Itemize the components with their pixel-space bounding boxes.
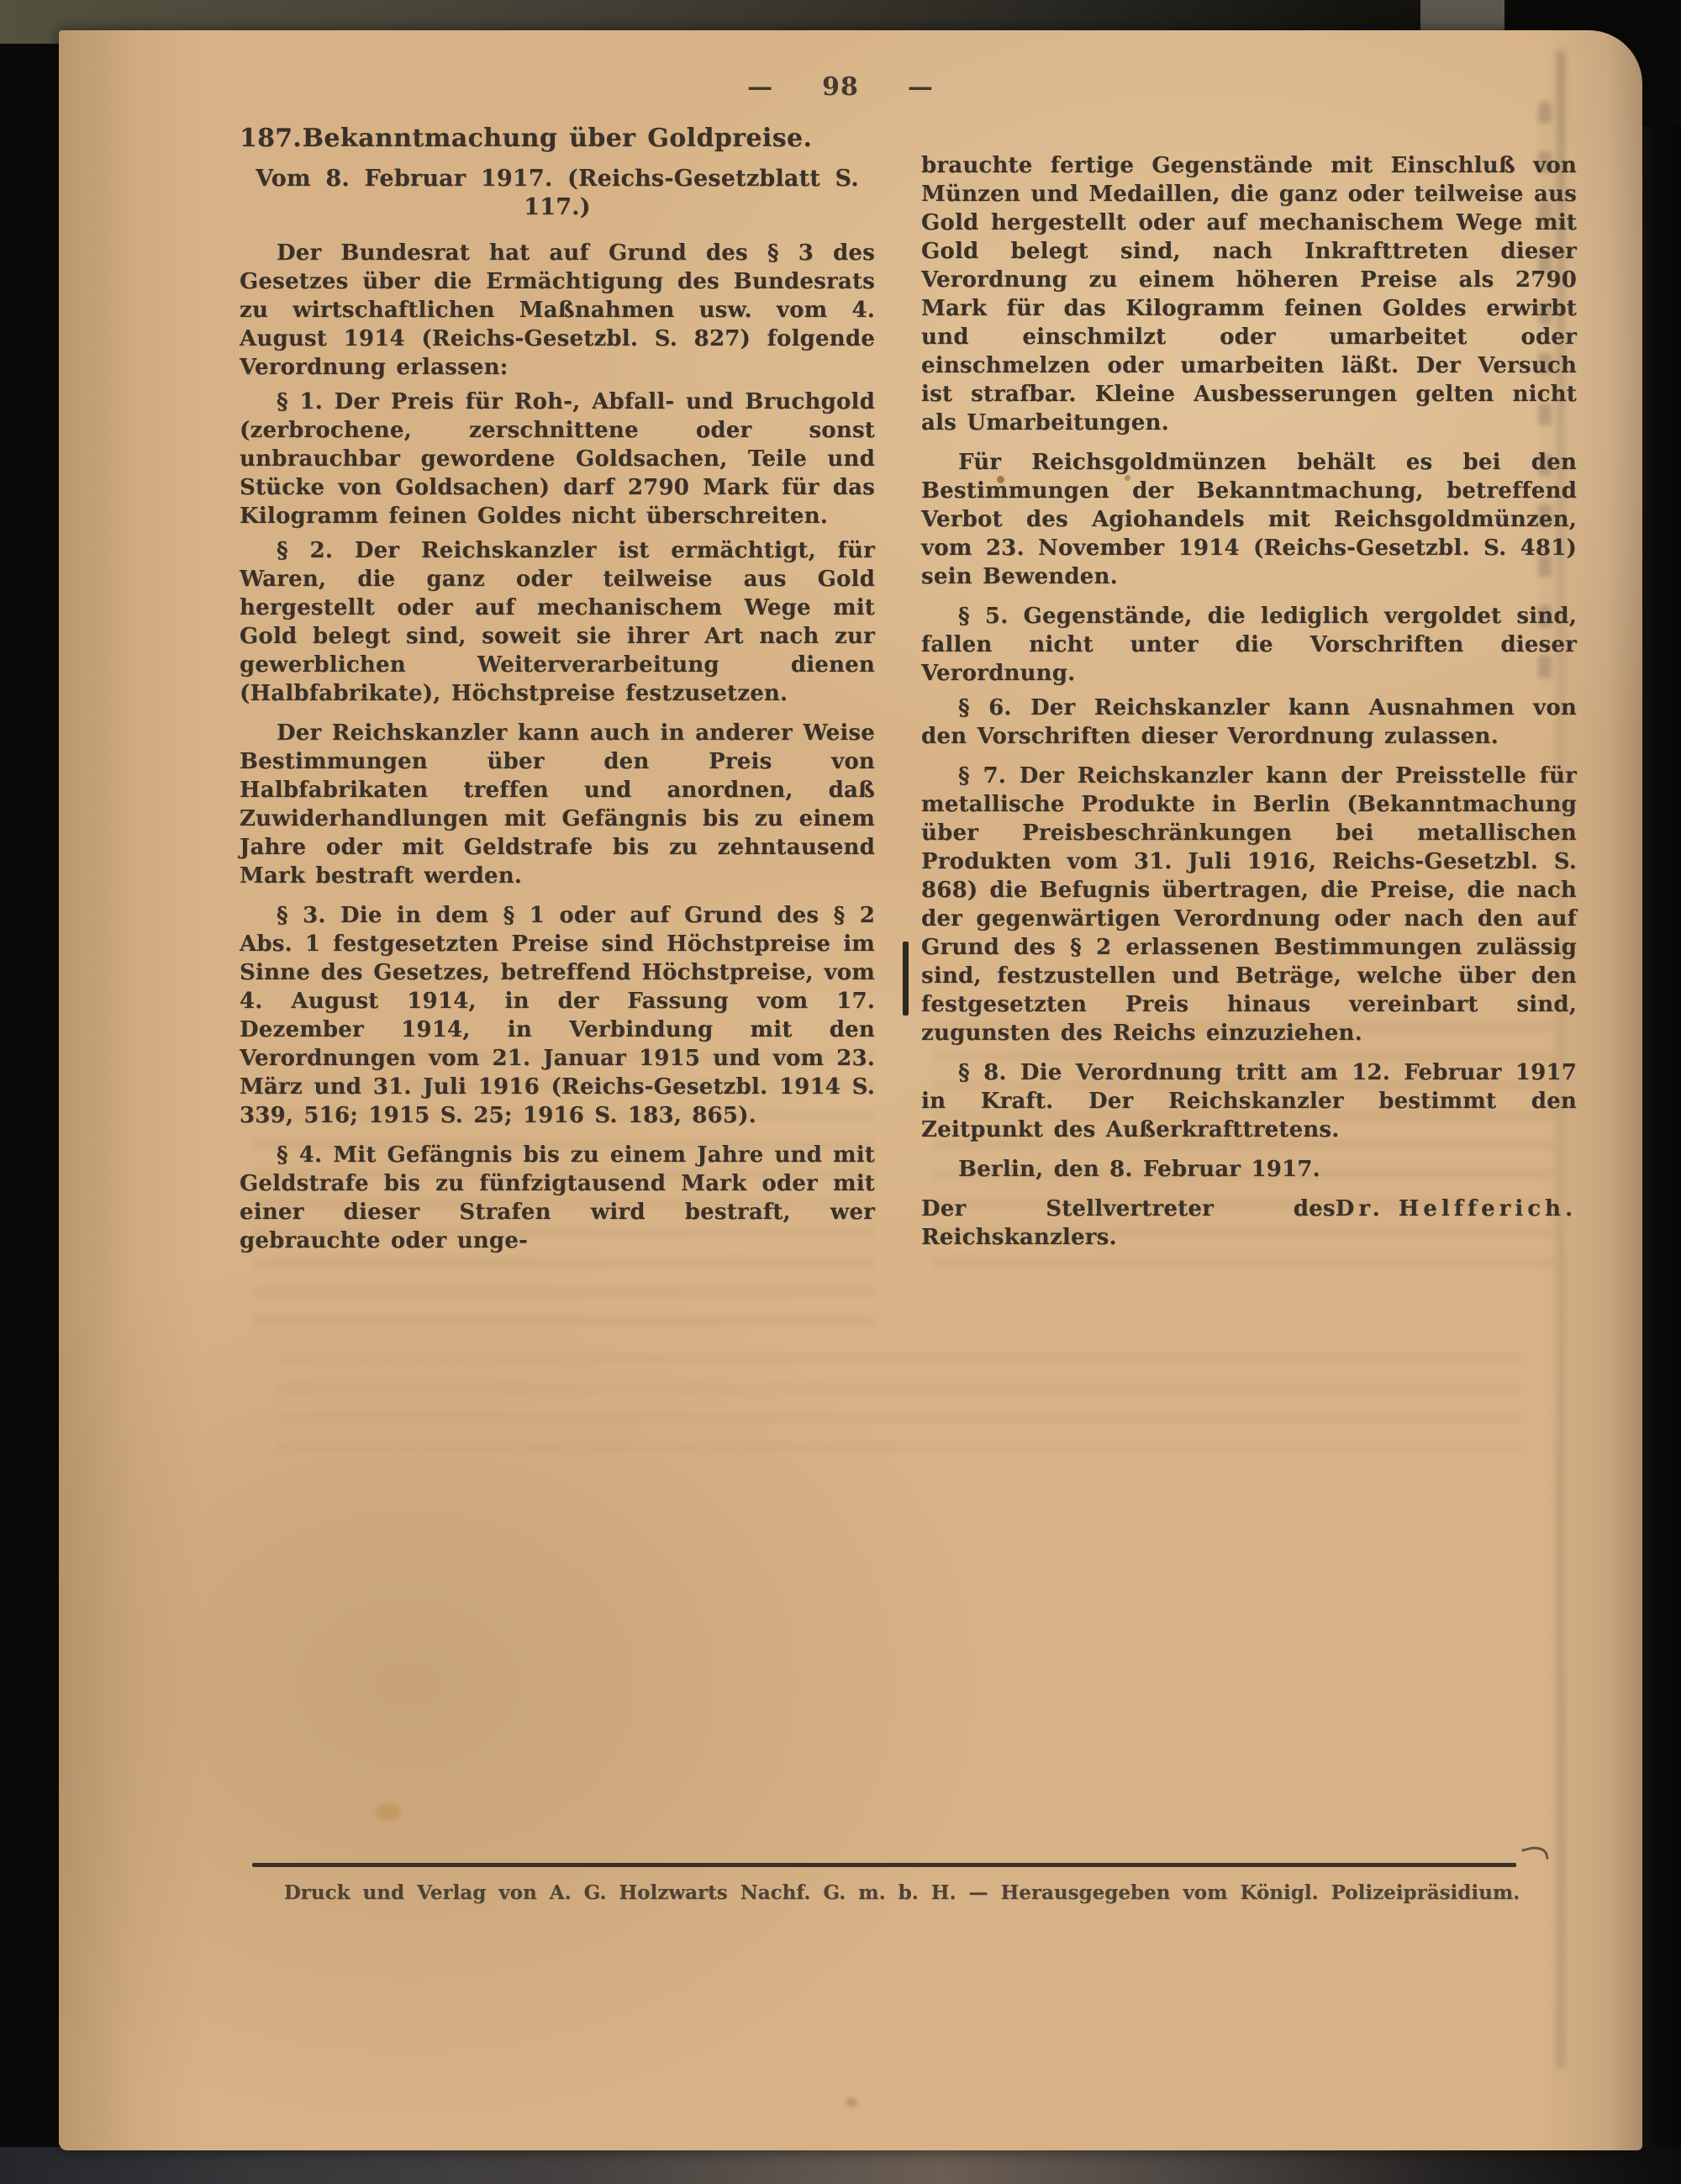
- paragraph-section-2-continued: Der Reichskanzler kann auch in anderer W…: [240, 719, 875, 890]
- scanned-gazette-page: —98— 187. Bekanntmachung über Goldpreise…: [0, 0, 1681, 2184]
- paragraph-preamble: Der Bundesrat hat auf Grund des § 3 des …: [240, 239, 875, 382]
- paragraph-goldmuenzen: Für Reichsgoldmünzen behält es bei den B…: [921, 448, 1577, 591]
- left-column: 187. Bekanntmachung über Goldpreise. Vom…: [240, 124, 875, 1255]
- book-cover-bottom-edge: [0, 2147, 1681, 2184]
- column-divider-rule: [904, 136, 908, 1016]
- paragraph-section-5: § 5. Gegenstände, die lediglich vergolde…: [921, 602, 1577, 688]
- footer-rule: [252, 1863, 1516, 1867]
- book-cover-right-edge: [1636, 0, 1681, 2184]
- paragraph-section-8: § 8. Die Verordnung tritt am 12. Februar…: [921, 1058, 1577, 1144]
- page-number-dash-left: —: [747, 72, 773, 102]
- page-number-header: —98—: [0, 72, 1681, 102]
- signature-name: Dr. Helfferich.: [1336, 1195, 1577, 1252]
- paper-stain: [376, 1804, 401, 1821]
- paragraph-section-2: § 2. Der Reichskanzler ist ermächtigt, f…: [240, 536, 875, 708]
- imprint-line: Druck und Verlag von A. G. Holzwarts Nac…: [259, 1881, 1545, 1904]
- dateline: Berlin, den 8. Februar 1917.: [921, 1155, 1577, 1184]
- paper-stain: [846, 2098, 857, 2107]
- paragraph-section-1: § 1. Der Preis für Roh-, Abfall- und Bru…: [240, 388, 875, 530]
- paragraph-section-4: § 4. Mit Gefängnis bis zu einem Jahre un…: [240, 1141, 875, 1255]
- article-number: 187.: [240, 124, 302, 153]
- page-number-dash-right: —: [908, 72, 934, 102]
- article-subtitle: Vom 8. Februar 1917. (Reichs-Gesetzblatt…: [240, 165, 875, 222]
- page-number: 98: [822, 72, 859, 102]
- right-column: brauchte fertige Gegenstände mit Einschl…: [921, 151, 1577, 1252]
- paragraph-section-7: § 7. Der Reichskanzler kann der Preisste…: [921, 762, 1577, 1047]
- article-title: Bekanntmachung über Goldpreise.: [240, 124, 875, 153]
- paragraph-section-6: § 6. Der Reichskanzler kann Ausnahmen vo…: [921, 694, 1577, 751]
- ink-bleedthrough: [277, 1353, 1521, 1454]
- signature-role: Der Stellvertreter des Reichskanzlers.: [921, 1195, 1336, 1252]
- signature-row: Der Stellvertreter des Reichskanzlers. D…: [921, 1195, 1577, 1252]
- stacked-page-edges: [0, 29, 64, 2154]
- paragraph-section-4-continued: brauchte fertige Gegenstände mit Einschl…: [921, 151, 1577, 437]
- article-header: 187. Bekanntmachung über Goldpreise.: [240, 124, 875, 153]
- paragraph-section-3: § 3. Die in dem § 1 oder auf Grund des §…: [240, 901, 875, 1130]
